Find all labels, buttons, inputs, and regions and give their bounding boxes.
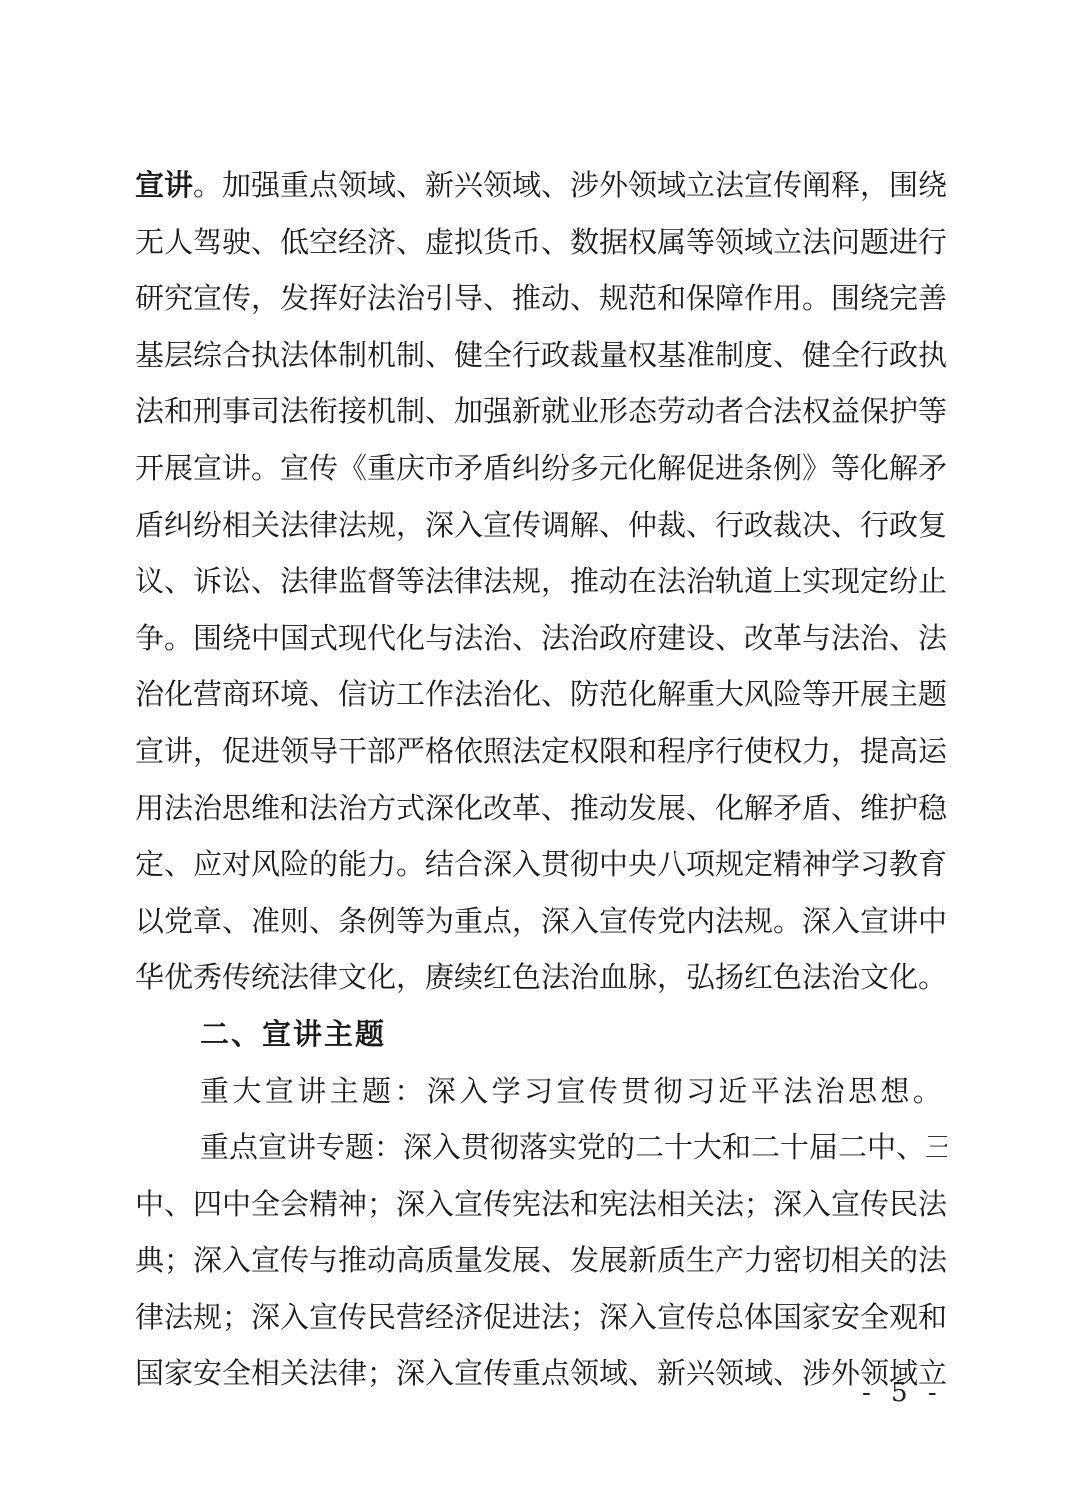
text-line: 用法治思维和法治方式深化改革、推动发展、化解矛盾、维护稳: [135, 780, 947, 837]
text-line: 重点宣讲专题：深入贯彻落实党的二十大和二十届二中、三: [135, 1119, 947, 1176]
text-line: 争。围绕中国式现代化与法治、法治政府建设、改革与法治、法: [135, 610, 947, 667]
text-line: 基层综合执法体制机制、健全行政裁量权基准制度、健全行政执: [135, 327, 947, 384]
paragraph-key-topics: 重点宣讲专题：深入贯彻落实党的二十大和二十届二中、三 中、四中全会精神；深入宣传…: [135, 1119, 947, 1402]
paragraph-major-theme: 重大宣讲主题：深入学习宣传贯彻习近平法治思想。: [135, 1063, 947, 1120]
text-line: 中、四中全会精神；深入宣传宪法和宪法相关法；深入宣传民法: [135, 1176, 947, 1233]
text-line: 盾纠纷相关法律法规，深入宣传调解、仲裁、行政裁决、行政复: [135, 497, 947, 554]
section-heading: 二、宣讲主题: [135, 1006, 947, 1063]
text-line: 议、诉讼、法律监督等法律法规，推动在法治轨道上实现定纷止: [135, 553, 947, 610]
text-line: 定、应对风险的能力。结合深入贯彻中央八项规定精神学习教育，: [135, 836, 947, 893]
page-number: - 5 -: [862, 1378, 943, 1408]
text-line: 开展宣讲。宣传《重庆市矛盾纠纷多元化解促进条例》等化解矛: [135, 440, 947, 497]
text-line: 律法规；深入宣传民营经济促进法；深入宣传总体国家安全观和: [135, 1289, 947, 1346]
text-line: 研究宣传，发挥好法治引导、推动、规范和保障作用。围绕完善: [135, 270, 947, 327]
text-line: 宣讲，促进领导干部严格依照法定权限和程序行使权力，提高运: [135, 723, 947, 780]
text-line: 国家安全相关法律；深入宣传重点领域、新兴领域、涉外领域立: [135, 1345, 947, 1402]
text-line: 典；深入宣传与推动高质量发展、发展新质生产力密切相关的法: [135, 1232, 947, 1289]
text-line: 宣讲。加强重点领域、新兴领域、涉外领域立法宣传阐释，围绕: [135, 157, 947, 214]
document-body: 宣讲。加强重点领域、新兴领域、涉外领域立法宣传阐释，围绕 无人驾驶、低空经济、虚…: [135, 157, 947, 1402]
paragraph-propaganda-scope: 宣讲。加强重点领域、新兴领域、涉外领域立法宣传阐释，围绕 无人驾驶、低空经济、虚…: [135, 157, 947, 1006]
text-line: 华优秀传统法律文化，赓续红色法治血脉，弘扬红色法治文化。: [135, 949, 947, 1006]
text-line: 治化营商环境、信访工作法治化、防范化解重大风险等开展主题: [135, 666, 947, 723]
text-line: 法和刑事司法衔接机制、加强新就业形态劳动者合法权益保护等: [135, 383, 947, 440]
text-line: 无人驾驶、低空经济、虚拟货币、数据权属等领域立法问题进行: [135, 214, 947, 271]
text-line: 重大宣讲主题：深入学习宣传贯彻习近平法治思想。: [135, 1063, 947, 1120]
document-page: 宣讲。加强重点领域、新兴领域、涉外领域立法宣传阐释，围绕 无人驾驶、低空经济、虚…: [0, 0, 1080, 1498]
bold-lead-text: 宣讲: [135, 168, 193, 202]
text-line: 以党章、准则、条例等为重点，深入宣传党内法规。深入宣讲中: [135, 893, 947, 950]
